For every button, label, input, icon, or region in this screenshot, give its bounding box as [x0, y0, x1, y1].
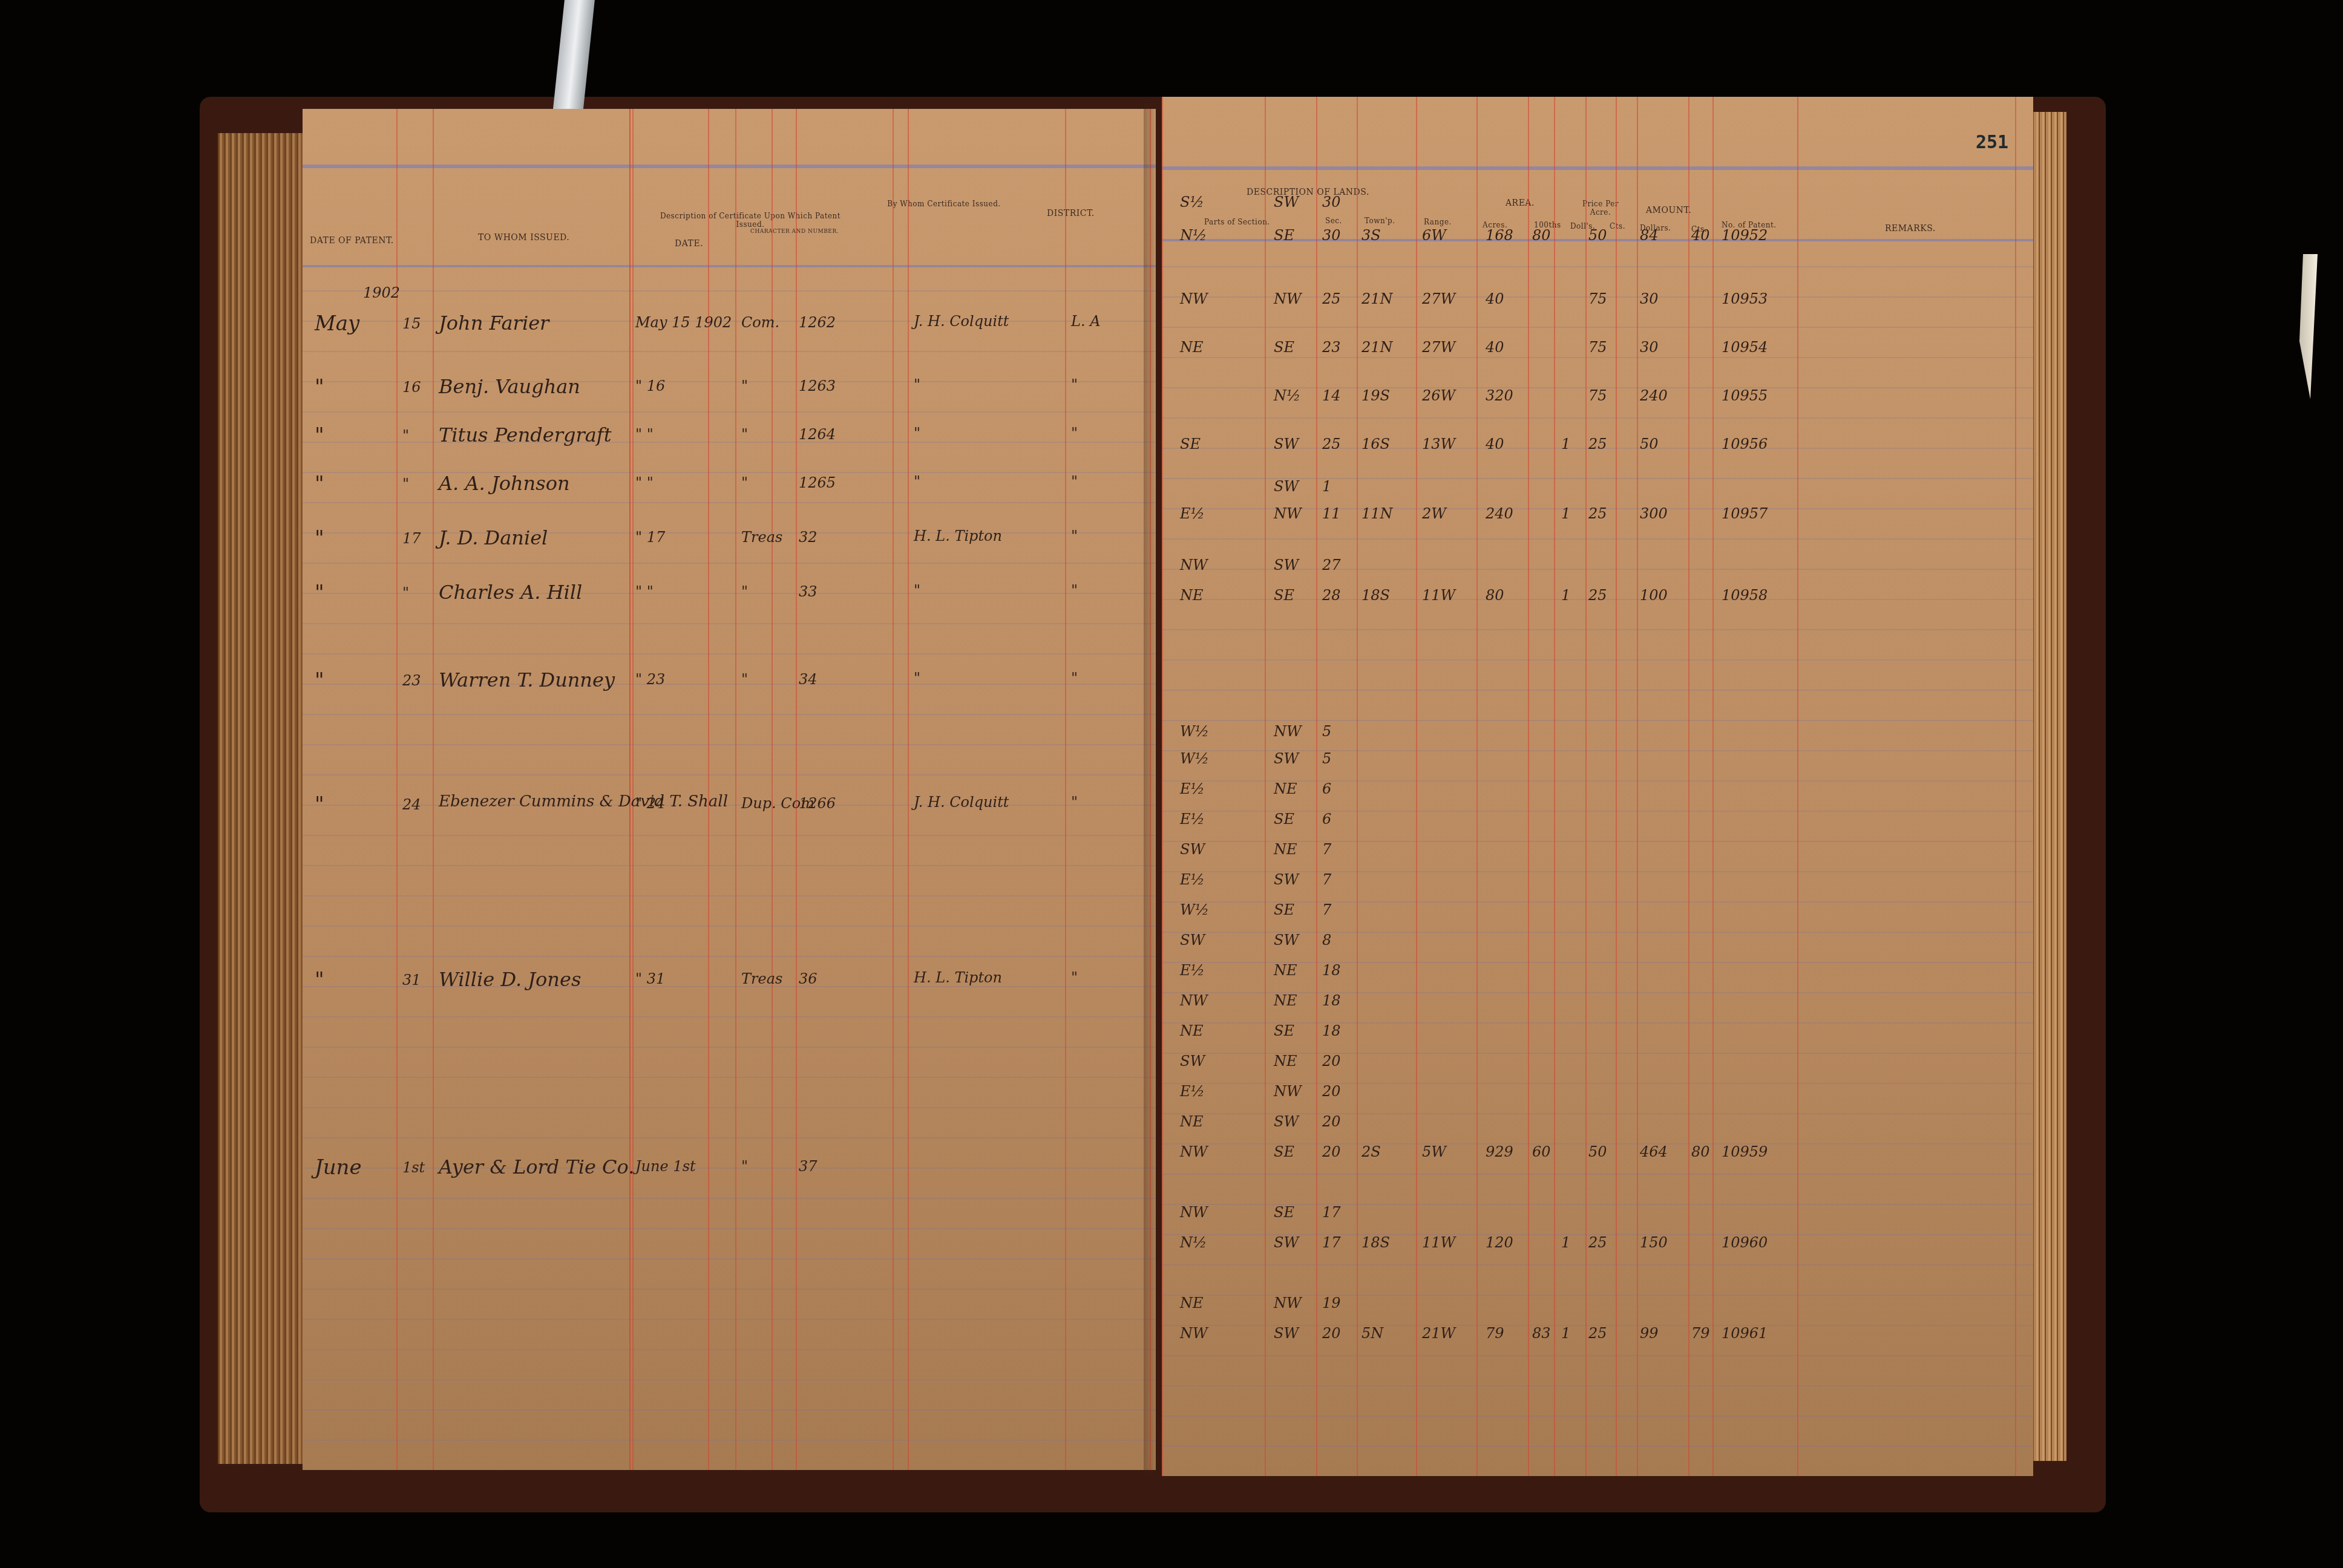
land-twp: 2S [1362, 1143, 1381, 1160]
header-sec: Sec. [1325, 217, 1342, 225]
column-rule [396, 109, 398, 1470]
entry-by-whom: H. L. Tipton [914, 528, 1002, 544]
land-pc: 50 [1588, 1143, 1607, 1160]
entry-day: 31 [402, 972, 421, 988]
header-price-per-acre: Price Per Acre. [1573, 200, 1628, 217]
entry-cert-number: 32 [799, 529, 818, 546]
land-pd: 1 [1561, 1325, 1570, 1342]
entry-by-whom: " [914, 376, 920, 393]
land-rng: 2W [1422, 505, 1446, 522]
column-rule [796, 109, 797, 1470]
land-part: SE [1180, 436, 1201, 452]
land-sec: 20 [1322, 1143, 1341, 1160]
header-to-whom-issued: TO WHOM ISSUED. [478, 233, 569, 243]
ruled-line [303, 1137, 1156, 1138]
land-part: SW [1180, 841, 1205, 858]
land-rng: 27W [1422, 339, 1455, 356]
entry-cert-date: " 23 [635, 671, 665, 688]
entry-by-whom: " [914, 582, 920, 599]
column-rule [735, 109, 736, 1470]
land-sec: 25 [1322, 436, 1341, 452]
ruled-line [303, 956, 1156, 957]
land-quarter: SE [1274, 811, 1294, 828]
land-quarter: N½ [1274, 387, 1300, 404]
entry-by-whom: J. H. Colquitt [914, 313, 1009, 330]
land-sec: 28 [1322, 587, 1341, 604]
entry-cert-number: 1266 [799, 795, 836, 812]
entry-cert-character: Treas [741, 970, 782, 987]
header-by-whom: By Whom Certificate Issued. [874, 200, 1014, 208]
ruled-line [303, 1319, 1156, 1320]
land-quarter: SW [1274, 1234, 1299, 1251]
entry-by-whom: J. H. Colquitt [914, 794, 1009, 811]
land-ac: 80 [1691, 1143, 1710, 1160]
land-sec: 19 [1322, 1295, 1341, 1312]
ruled-line [303, 865, 1156, 866]
ruled-line [303, 351, 1156, 352]
header-rule-top [303, 165, 1156, 168]
ruled-line [1162, 690, 2033, 691]
ruled-line [303, 1198, 1156, 1199]
entry-year: 1902 [363, 284, 400, 301]
header-certificate-description: Description of Certificate Upon Which Pa… [650, 212, 850, 229]
land-pd: 1 [1561, 436, 1570, 452]
entry-name: Ebenezer Cummins & David T. Shall [439, 792, 728, 811]
column-rule [1585, 97, 1587, 1476]
header-remarks: REMARKS. [1885, 224, 1936, 234]
ruled-line [303, 442, 1156, 443]
land-sec: 27 [1322, 557, 1341, 573]
land-part: SW [1180, 932, 1205, 949]
column-rule [1065, 109, 1066, 1470]
land-sec: 5 [1322, 750, 1331, 767]
land-rng: 21W [1422, 1325, 1455, 1342]
land-quarter: SW [1274, 1113, 1299, 1130]
entry-name: J. D. Daniel [439, 526, 548, 549]
ruled-line [303, 593, 1156, 594]
land-quarter: SW [1274, 750, 1299, 767]
entry-name: Charles A. Hill [439, 581, 582, 604]
entry-month: " [315, 581, 324, 605]
land-ad: 99 [1640, 1325, 1659, 1342]
entry-day: 1st [402, 1159, 425, 1176]
entry-day: " [402, 584, 409, 601]
land-sec: 18 [1322, 962, 1341, 979]
land-patent: 10958 [1722, 587, 1768, 604]
page-weight [2299, 254, 2318, 399]
land-quarter: NE [1274, 841, 1297, 858]
land-part: NE [1180, 1113, 1204, 1130]
page-edges-right [2030, 112, 2066, 1461]
land-part: E½ [1180, 780, 1205, 797]
ruled-line [1162, 538, 2033, 540]
entry-month: May [315, 312, 359, 336]
land-ad: 464 [1640, 1143, 1668, 1160]
land-twp: 19S [1362, 387, 1390, 404]
column-rule [1416, 97, 1417, 1476]
ruled-line [1162, 1174, 2033, 1175]
column-rule [772, 109, 773, 1470]
right-page: 251 DESCRIPTION OF LANDS. Parts of Secti… [1162, 97, 2033, 1476]
land-rng: 26W [1422, 387, 1455, 404]
column-rule [1528, 97, 1529, 1476]
land-quarter: SW [1274, 436, 1299, 452]
column-rule [629, 109, 631, 1470]
land-quarter: SW [1274, 557, 1299, 573]
land-quarter: NE [1274, 780, 1297, 797]
entry-name: Willie D. Jones [439, 968, 581, 991]
land-sec: 30 [1322, 194, 1341, 211]
land-quarter: SE [1274, 1022, 1294, 1039]
land-part: E½ [1180, 871, 1205, 888]
entry-by-whom: H. L. Tipton [914, 969, 1002, 986]
land-part: W½ [1180, 750, 1209, 767]
land-twp: 18S [1362, 587, 1390, 604]
entry-day: " [402, 475, 409, 492]
entry-cert-number: 34 [799, 671, 818, 688]
land-acres: 320 [1486, 387, 1513, 404]
header-date-of-patent: DATE OF PATENT. [310, 236, 394, 246]
ruled-line [303, 805, 1156, 806]
land-patent: 10957 [1722, 505, 1768, 522]
land-pc: 25 [1588, 587, 1607, 604]
land-acres: 40 [1486, 339, 1504, 356]
ruled-line [303, 986, 1156, 987]
land-acres: 929 [1486, 1143, 1513, 1160]
entry-by-whom: " [914, 473, 920, 490]
ruled-line [1162, 1385, 2033, 1387]
ruled-line [303, 532, 1156, 534]
land-pc: 75 [1588, 290, 1607, 307]
ruled-line [1162, 659, 2033, 661]
land-quarter: SW [1274, 932, 1299, 949]
land-twp: 16S [1362, 436, 1390, 452]
column-rule [433, 109, 434, 1470]
land-part: NE [1180, 1295, 1204, 1312]
ruled-line [1162, 266, 2033, 267]
header-area: AREA. [1506, 198, 1535, 208]
column-rule [908, 109, 909, 1470]
land-quarter: SE [1274, 339, 1294, 356]
land-quarter: NW [1274, 290, 1302, 307]
entry-cert-character: " [741, 583, 748, 600]
entry-cert-date: " 24 [635, 795, 665, 812]
ruled-line [303, 290, 1156, 292]
land-part: NE [1180, 339, 1204, 356]
land-acres: 240 [1486, 505, 1513, 522]
ruled-line [303, 411, 1156, 413]
land-quarter: NW [1274, 1083, 1302, 1100]
land-sec: 17 [1322, 1204, 1341, 1221]
entry-cert-character: " [741, 474, 748, 491]
land-ad: 30 [1640, 290, 1659, 307]
land-ad: 150 [1640, 1234, 1668, 1251]
column-rule [1712, 97, 1714, 1476]
land-sec: 7 [1322, 901, 1331, 918]
land-twp: 18S [1362, 1234, 1390, 1251]
land-sec: 20 [1322, 1083, 1341, 1100]
entry-cert-date: " 31 [635, 970, 665, 987]
land-ad: 100 [1640, 587, 1668, 604]
land-part: E½ [1180, 962, 1205, 979]
land-pd: 1 [1561, 587, 1570, 604]
ruled-line [303, 653, 1156, 655]
land-quarter: SE [1274, 901, 1294, 918]
entry-cert-character: " [741, 671, 748, 688]
ruled-line [1162, 629, 2033, 630]
header-amount: AMOUNT. [1646, 206, 1691, 215]
entry-cert-date: June 1st [635, 1158, 696, 1175]
land-quarter: NE [1274, 1053, 1297, 1070]
land-sec: 8 [1322, 932, 1331, 949]
entry-month: " [315, 792, 324, 817]
ruled-line [303, 623, 1156, 624]
land-part: E½ [1180, 1083, 1205, 1100]
header-township: Town'p. [1365, 217, 1395, 225]
land-pc: 25 [1588, 505, 1607, 522]
land-patent: 10955 [1722, 387, 1768, 404]
land-patent: 10959 [1722, 1143, 1768, 1160]
land-pc: 25 [1588, 1325, 1607, 1342]
entry-month: " [315, 968, 324, 992]
land-h: 80 [1532, 227, 1551, 244]
entry-district: " [1071, 670, 1078, 687]
land-quarter: SW [1274, 478, 1299, 495]
land-part: W½ [1180, 901, 1209, 918]
entry-day: 15 [402, 315, 421, 332]
ruled-line [303, 1258, 1156, 1259]
entry-by-whom: " [914, 425, 920, 442]
ruled-line [303, 895, 1156, 897]
ruled-line [303, 1440, 1156, 1441]
entry-cert-date: " " [635, 426, 654, 443]
land-patent: 10956 [1722, 436, 1768, 452]
land-part: NW [1180, 557, 1208, 573]
header-cert-date: DATE. [675, 239, 703, 249]
entry-district: " [1071, 473, 1078, 490]
entry-cert-date: " " [635, 583, 654, 600]
ruled-line [1162, 1416, 2033, 1417]
land-quarter: SE [1274, 1143, 1294, 1160]
ruled-line [1162, 720, 2033, 721]
entry-name: Benj. Vaughan [439, 375, 580, 398]
column-rule [1316, 97, 1317, 1476]
land-quarter: NE [1274, 992, 1297, 1009]
land-pc: 75 [1588, 339, 1607, 356]
entry-cert-number: 1263 [799, 377, 836, 394]
land-quarter: NW [1274, 723, 1302, 740]
entry-name: Ayer & Lord Tie Co. [439, 1155, 634, 1178]
entry-month: " [315, 423, 324, 448]
entry-month: June [315, 1155, 362, 1180]
entry-day: 16 [402, 379, 421, 396]
land-part: E½ [1180, 811, 1205, 828]
page-number: 251 [1976, 132, 2008, 153]
header-rule-bottom [303, 265, 1156, 267]
land-sec: 18 [1322, 992, 1341, 1009]
land-twp: 11N [1362, 505, 1393, 522]
ruled-line [1162, 327, 2033, 328]
land-part: E½ [1180, 505, 1205, 522]
land-pc: 75 [1588, 387, 1607, 404]
land-patent: 10952 [1722, 227, 1768, 244]
ruled-line [303, 774, 1156, 776]
land-rng: 11W [1422, 587, 1455, 604]
entry-name: John Farier [439, 312, 549, 335]
land-rng: 13W [1422, 436, 1455, 452]
entry-district: " [1071, 794, 1078, 811]
entry-district: " [1071, 528, 1078, 544]
land-acres: 40 [1486, 436, 1504, 452]
ruled-line [303, 1410, 1156, 1411]
land-patent: 10961 [1722, 1325, 1768, 1342]
land-pc: 25 [1588, 1234, 1607, 1251]
land-twp: 21N [1362, 339, 1393, 356]
header-district: DISTRICT. [1047, 209, 1095, 218]
ruled-line [1162, 357, 2033, 358]
header-rule-top [1162, 166, 2033, 170]
ruled-line [303, 835, 1156, 836]
entry-district: L. A [1071, 313, 1101, 330]
ruled-line [303, 1349, 1156, 1350]
land-twp: 3S [1362, 227, 1381, 244]
land-sec: 6 [1322, 811, 1331, 828]
column-rule [2015, 97, 2016, 1476]
land-pd: 1 [1561, 1234, 1570, 1251]
entry-cert-number: 1265 [799, 474, 836, 491]
ruled-line [303, 1107, 1156, 1108]
land-twp: 21N [1362, 290, 1393, 307]
land-acres: 40 [1486, 290, 1504, 307]
land-rng: 11W [1422, 1234, 1455, 1251]
land-part: NW [1180, 1143, 1208, 1160]
land-acres: 168 [1486, 227, 1513, 244]
land-ad: 240 [1640, 387, 1668, 404]
ruled-line [303, 714, 1156, 715]
land-rng: 6W [1422, 227, 1446, 244]
column-rule [708, 109, 709, 1470]
entry-month: " [315, 375, 324, 399]
land-patent: 10954 [1722, 339, 1768, 356]
left-page: DATE OF PATENT. TO WHOM ISSUED. Descript… [303, 109, 1156, 1470]
land-quarter: SE [1274, 1204, 1294, 1221]
land-part: N½ [1180, 1234, 1207, 1251]
land-sec: 11 [1322, 505, 1341, 522]
column-rule [1554, 97, 1555, 1476]
entry-cert-number: 37 [799, 1158, 818, 1175]
land-part: S½ [1180, 194, 1204, 211]
entry-cert-date: " 17 [635, 529, 665, 546]
land-sec: 7 [1322, 841, 1331, 858]
entry-cert-date: May 15 1902 [635, 314, 732, 331]
entry-day: 24 [402, 796, 421, 813]
column-rule [1357, 97, 1358, 1476]
land-part: NW [1180, 992, 1208, 1009]
land-h: 60 [1532, 1143, 1551, 1160]
ruled-line [303, 502, 1156, 503]
land-sec: 25 [1322, 290, 1341, 307]
entry-cert-date: " " [635, 474, 654, 491]
land-sec: 18 [1322, 1022, 1341, 1039]
header-parts-of-section: Parts of Section. [1204, 218, 1270, 226]
land-ad: 30 [1640, 339, 1659, 356]
land-ac: 79 [1691, 1325, 1710, 1342]
column-rule [1797, 97, 1798, 1476]
entry-cert-character: " [741, 1158, 748, 1175]
land-acres: 79 [1486, 1325, 1504, 1342]
ruled-line [303, 1168, 1156, 1169]
entry-month: " [315, 526, 324, 550]
entry-name: Warren T. Dunney [439, 668, 615, 691]
ruled-line [303, 926, 1156, 927]
land-pd: 1 [1561, 505, 1570, 522]
entry-by-whom: " [914, 670, 920, 687]
land-sec: 20 [1322, 1325, 1341, 1342]
entry-month: " [315, 472, 324, 496]
land-sec: 20 [1322, 1053, 1341, 1070]
land-h: 83 [1532, 1325, 1551, 1342]
land-sec: 6 [1322, 780, 1331, 797]
land-quarter: SW [1274, 871, 1299, 888]
column-rule [893, 109, 894, 1470]
column-rule [1476, 97, 1478, 1476]
column-rule [1637, 97, 1638, 1476]
land-patent: 10953 [1722, 290, 1768, 307]
ruled-line [1162, 1355, 2033, 1356]
ruled-line [303, 1016, 1156, 1018]
land-sec: 1 [1322, 478, 1331, 495]
land-part: NW [1180, 1204, 1208, 1221]
ruled-line [303, 381, 1156, 382]
entry-day: " [402, 427, 409, 444]
land-rng: 27W [1422, 290, 1455, 307]
land-sec: 5 [1322, 723, 1331, 740]
land-acres: 80 [1486, 587, 1504, 604]
land-twp: 5N [1362, 1325, 1383, 1342]
land-ad: 50 [1640, 436, 1659, 452]
land-quarter: SE [1274, 227, 1294, 244]
land-part: NW [1180, 1325, 1208, 1342]
land-quarter: SW [1274, 1325, 1299, 1342]
land-pc: 50 [1588, 227, 1607, 244]
column-rule [1616, 97, 1617, 1476]
column-rule [1162, 97, 1163, 1476]
land-ad: 300 [1640, 505, 1668, 522]
land-acres: 120 [1486, 1234, 1513, 1251]
entry-district: " [1071, 425, 1078, 442]
entry-cert-number: 36 [799, 970, 818, 987]
land-sec: 30 [1322, 227, 1341, 244]
entry-cert-character: Com. [741, 314, 779, 331]
ruled-line [303, 1077, 1156, 1078]
column-rule [1265, 97, 1266, 1476]
land-patent: 10960 [1722, 1234, 1768, 1251]
land-ad: 84 [1640, 227, 1659, 244]
entry-cert-date: " 16 [635, 377, 665, 394]
header-cts: Cts. [1610, 222, 1625, 230]
entry-district: " [1071, 582, 1078, 599]
ruled-line [303, 1289, 1156, 1290]
land-part: SW [1180, 1053, 1205, 1070]
ruled-line [303, 744, 1156, 745]
land-quarter: SE [1274, 587, 1294, 604]
header-range: Range. [1424, 218, 1452, 226]
entry-cert-number: 33 [799, 583, 818, 600]
ruled-line [1162, 1446, 2033, 1447]
entry-name: A. A. Johnson [439, 472, 570, 495]
entry-cert-number: 1262 [799, 314, 836, 331]
land-sec: 7 [1322, 871, 1331, 888]
